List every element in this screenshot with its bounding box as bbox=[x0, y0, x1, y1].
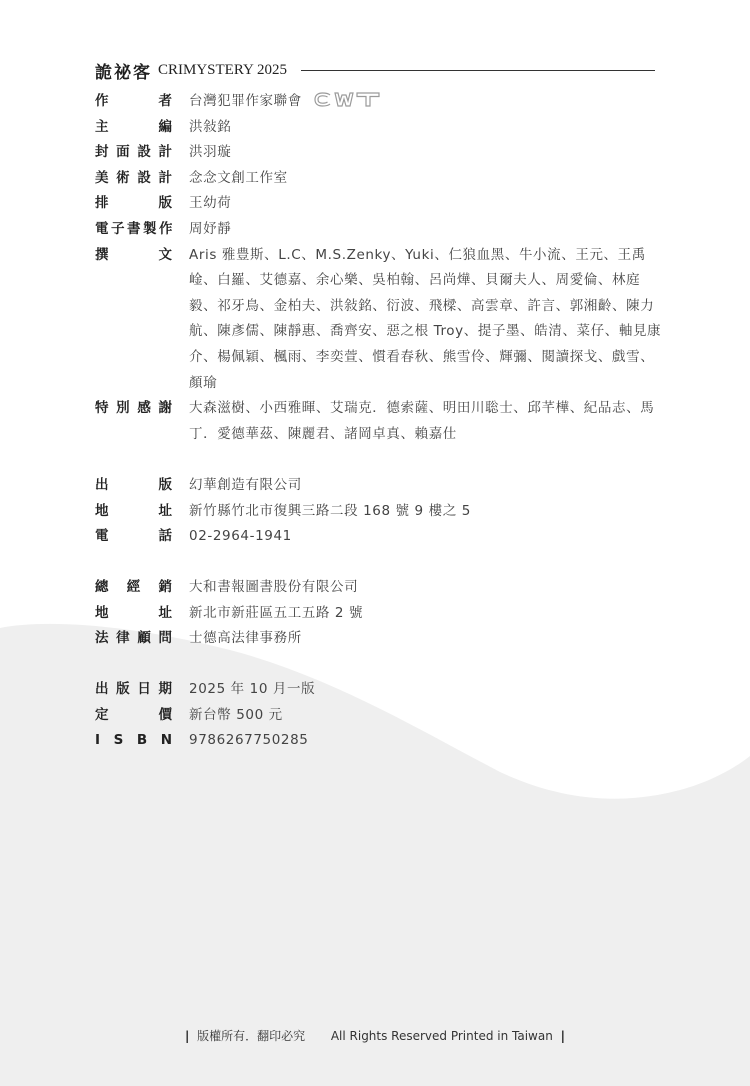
publisher-value: 02-2964-1941 bbox=[189, 524, 292, 550]
distribution-section: 總 經 銷 大和書報圖書股份有限公司 地 址 新北市新莊區五工五路 2 號 法律… bbox=[95, 575, 675, 652]
author-org-name: 台灣犯罪作家聯會 bbox=[189, 93, 302, 109]
edition-row-isbn: I S B N 9786267750285 bbox=[95, 728, 675, 754]
edition-value: 9786267750285 bbox=[189, 728, 308, 754]
credit-value: 洪敍銘 bbox=[189, 115, 231, 141]
rights-en: All Rights Reserved Printed in Taiwan bbox=[331, 1029, 553, 1043]
credit-value: 王幼荷 bbox=[189, 191, 231, 217]
credit-label: 撰 文 bbox=[95, 243, 172, 269]
edition-row-price: 定 價 新台幣 500 元 bbox=[95, 703, 675, 729]
publisher-value: 新竹縣竹北市復興三路二段 168 號 9 樓之 5 bbox=[189, 499, 471, 525]
rights-footer: | 版權所有．翻印必究 All Rights Reserved Printed … bbox=[0, 1027, 750, 1044]
credit-value: 大森滋樹、小西雅暉、艾瑞克．德索薩、明田川聡士、邱芊樺、紀品志、馬丁．愛德華茲、… bbox=[189, 396, 667, 447]
edition-section: 出版日期 2025 年 10 月一版 定 價 新台幣 500 元 I S B N… bbox=[95, 677, 675, 754]
credit-value: Aris 雅豊斯、L.C、M.S.Zenky、Yuki、仁狼血黑、牛小流、王元、… bbox=[189, 243, 667, 397]
credit-label: 封面設計 bbox=[95, 140, 172, 166]
rights-cjk: 版權所有．翻印必究 bbox=[197, 1029, 305, 1043]
publisher-label: 地 址 bbox=[95, 499, 172, 525]
footer-right-bar: | bbox=[561, 1029, 565, 1043]
edition-label: 出版日期 bbox=[95, 677, 172, 703]
edition-row-date: 出版日期 2025 年 10 月一版 bbox=[95, 677, 675, 703]
distribution-row-distributor: 總 經 銷 大和書報圖書股份有限公司 bbox=[95, 575, 675, 601]
distribution-value: 新北市新莊區五工五路 2 號 bbox=[189, 601, 363, 627]
header-title-en: CRIMYSTERY 2025 bbox=[158, 62, 287, 79]
credit-row-typesetting: 排 版 王幼荷 bbox=[95, 191, 675, 217]
credit-row-cover-design: 封面設計 洪羽璇 bbox=[95, 140, 675, 166]
credit-label: 特別感謝 bbox=[95, 396, 172, 422]
credit-value: 周妤靜 bbox=[189, 217, 231, 243]
distribution-label: 地 址 bbox=[95, 601, 172, 627]
edition-value: 新台幣 500 元 bbox=[189, 703, 283, 729]
credit-label: 作 者 bbox=[95, 89, 172, 115]
credit-value: 台灣犯罪作家聯會 bbox=[189, 89, 381, 115]
credit-row-ebook: 電子書製作 周妤靜 bbox=[95, 217, 675, 243]
credit-label: 美術設計 bbox=[95, 166, 172, 192]
publisher-value: 幻華創造有限公司 bbox=[189, 473, 302, 499]
credit-row-writers: 撰 文 Aris 雅豊斯、L.C、M.S.Zenky、Yuki、仁狼血黑、牛小流… bbox=[95, 243, 675, 397]
footer-left-bar: | bbox=[185, 1029, 189, 1043]
publisher-row-address: 地 址 新竹縣竹北市復興三路二段 168 號 9 樓之 5 bbox=[95, 499, 675, 525]
publisher-label: 出 版 bbox=[95, 473, 172, 499]
distribution-row-legal: 法律顧問 士德高法律事務所 bbox=[95, 626, 675, 652]
publisher-label: 電 話 bbox=[95, 524, 172, 550]
credit-row-art-design: 美術設計 念念文創工作室 bbox=[95, 166, 675, 192]
credit-row-editor: 主 編 洪敍銘 bbox=[95, 115, 675, 141]
edition-label: I S B N bbox=[95, 728, 172, 754]
publisher-section: 出 版 幻華創造有限公司 地 址 新竹縣竹北市復興三路二段 168 號 9 樓之… bbox=[95, 473, 675, 550]
credit-row-author: 作 者 台灣犯罪作家聯會 bbox=[95, 89, 675, 115]
publisher-row-name: 出 版 幻華創造有限公司 bbox=[95, 473, 675, 499]
page-header: 詭祕客 CRIMYSTERY 2025 bbox=[95, 57, 655, 83]
cwt-logo-icon bbox=[313, 92, 381, 107]
credit-value: 洪羽璇 bbox=[189, 140, 231, 166]
credits-section: 作 者 台灣犯罪作家聯會 主 編 洪敍銘 封面設計 洪羽璇 bbox=[95, 89, 675, 447]
credit-label: 主 編 bbox=[95, 115, 172, 141]
edition-value: 2025 年 10 月一版 bbox=[189, 677, 315, 703]
publisher-row-phone: 電 話 02-2964-1941 bbox=[95, 524, 675, 550]
credit-row-special-thanks: 特別感謝 大森滋樹、小西雅暉、艾瑞克．德索薩、明田川聡士、邱芊樺、紀品志、馬丁．… bbox=[95, 396, 675, 447]
credit-label: 電子書製作 bbox=[95, 217, 172, 243]
distribution-label: 總 經 銷 bbox=[95, 575, 172, 601]
distribution-row-address: 地 址 新北市新莊區五工五路 2 號 bbox=[95, 601, 675, 627]
distribution-value: 大和書報圖書股份有限公司 bbox=[189, 575, 358, 601]
header-title-cjk: 詭祕客 bbox=[95, 58, 152, 83]
credit-label: 排 版 bbox=[95, 191, 172, 217]
credit-value: 念念文創工作室 bbox=[189, 166, 288, 192]
edition-label: 定 價 bbox=[95, 703, 172, 729]
header-divider bbox=[301, 70, 655, 71]
distribution-label: 法律顧問 bbox=[95, 626, 172, 652]
distribution-value: 士德高法律事務所 bbox=[189, 626, 302, 652]
copyright-page: 詭祕客 CRIMYSTERY 2025 作 者 台灣犯罪作家聯會 主 編 bbox=[0, 0, 750, 1086]
